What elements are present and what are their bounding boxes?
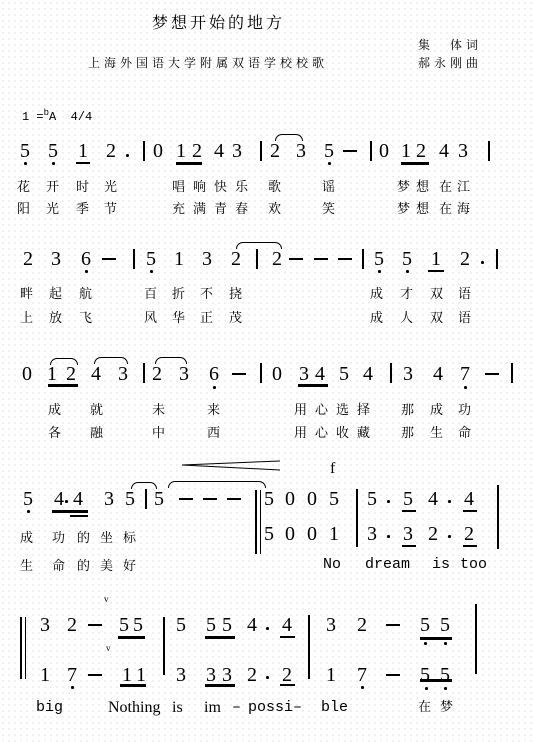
note: 4 (431, 363, 445, 385)
bar-line (260, 141, 262, 161)
upper-note: 4 (280, 614, 294, 636)
lyric: 功 (52, 531, 65, 547)
upper-note: 0 (305, 488, 319, 510)
eighth-underline (280, 684, 295, 686)
note: 1 (399, 140, 413, 162)
lyric: 未 (152, 403, 165, 419)
lyric: 百 (144, 287, 157, 303)
lower-note: 2 (280, 664, 294, 686)
bar-line (133, 249, 135, 269)
note: 3 (294, 140, 308, 162)
lyric: 风 (144, 311, 157, 327)
dotted-note-dot (387, 500, 390, 503)
lyric: 笑 (322, 202, 335, 218)
note: 5 (152, 488, 166, 510)
note: 5 (18, 140, 32, 162)
english-lyric: big (36, 699, 63, 716)
lyric: 心 (315, 426, 328, 442)
lyric: 节 (104, 202, 117, 218)
eighth-underline (298, 384, 328, 387)
bar-line (497, 485, 499, 549)
note: 2 (268, 140, 282, 162)
lower-note: 5 (418, 664, 432, 686)
note: 3 (102, 488, 116, 510)
english-lyric: No (323, 556, 341, 573)
breath-mark-icon: v (104, 594, 109, 604)
note: 6 (207, 363, 221, 385)
english-lyric: is (172, 699, 183, 717)
forte-dynamic: f (330, 460, 335, 478)
staff-bracket (20, 617, 26, 679)
key-note: A (49, 110, 56, 124)
note: 4 (313, 363, 327, 385)
sustain-dash (102, 258, 116, 260)
lyric: 好 (123, 559, 136, 575)
note: 1 (45, 363, 59, 385)
lower-note: 1 (134, 664, 148, 686)
upper-note: 3 (324, 614, 338, 636)
eighth-underline (428, 270, 444, 272)
key-label: 1 = (22, 110, 44, 124)
lyric: 生 (20, 559, 33, 575)
upper-note: 5 (220, 614, 234, 636)
lyric: 的 (77, 559, 90, 575)
lower-octave-dot (424, 642, 427, 645)
note: 3 (116, 363, 130, 385)
lower-note: 0 (283, 523, 297, 545)
lyric: 成 (430, 403, 443, 419)
sustain-dash (232, 373, 246, 375)
lyric: 人 (400, 311, 413, 327)
upper-note: 0 (283, 488, 297, 510)
dotted-note-dot (448, 500, 451, 503)
lower-octave-dot (378, 270, 381, 273)
lyric: 华 (172, 311, 185, 327)
lower-note: 1 (327, 523, 341, 545)
sustain-dash (485, 373, 499, 375)
lower-note: 2 (426, 523, 440, 545)
lower-note: 7 (355, 664, 369, 686)
sustain-dash (338, 258, 352, 260)
lower-note: 1 (324, 664, 338, 686)
note: 2 (458, 248, 472, 270)
lyric: 在 (439, 180, 452, 196)
upper-note: 5 (418, 614, 432, 636)
lyric: 那 (401, 403, 414, 419)
lyric: 命 (52, 559, 65, 575)
note: 4 (212, 140, 226, 162)
lower-note: 1 (38, 664, 52, 686)
upper-note: 5 (401, 488, 415, 510)
bar-line (475, 604, 477, 674)
note: 7 (458, 363, 472, 385)
bar-line (256, 249, 258, 269)
lyric: 快 (214, 180, 227, 196)
note: 5 (21, 488, 35, 510)
dotted-note-dot (448, 535, 451, 538)
lower-octave-dot (85, 270, 88, 273)
lyric: 花 (17, 180, 30, 196)
lyric: 歌 (268, 180, 281, 196)
lyric: 想 (416, 202, 429, 218)
lyric: 不 (200, 287, 213, 303)
sustain-dash (88, 674, 102, 676)
lyric: 西 (207, 426, 220, 442)
sustain-dash (386, 624, 400, 626)
lyric: 成 (370, 311, 383, 327)
note: 1 (174, 140, 188, 162)
lyric: 双 (430, 287, 443, 303)
lower-note: 2 (462, 523, 476, 545)
eighth-underline (463, 545, 477, 547)
bar-line (390, 363, 392, 383)
upper-note: 5 (438, 614, 452, 636)
note: 5 (337, 363, 351, 385)
english-lyric: possi (248, 699, 293, 716)
note: 2 (229, 248, 243, 270)
note: 0 (377, 140, 391, 162)
lower-note: 3 (365, 523, 379, 545)
note: 0 (151, 140, 165, 162)
note: 5 (46, 140, 60, 162)
lyric: 用 (294, 403, 307, 419)
english-lyric: Nothing (108, 699, 160, 717)
lyric: 收 (336, 426, 349, 442)
note: 4 (71, 488, 85, 510)
bar-line (143, 141, 145, 161)
lyric: 标 (123, 531, 136, 547)
lyric: 光 (46, 202, 59, 218)
time-signature: 4/4 (71, 110, 93, 124)
lower-octave-dot (425, 687, 428, 690)
sustain-dash (343, 150, 357, 152)
lyric: 正 (200, 311, 213, 327)
note: 2 (190, 140, 204, 162)
dotted-note-dot (387, 535, 390, 538)
lyricist-credit: 集 体词 (418, 36, 482, 53)
lyric: 上 (20, 311, 33, 327)
lyric: 季 (76, 202, 89, 218)
lyric: 折 (172, 287, 185, 303)
bar-line (260, 363, 262, 383)
note: 2 (21, 248, 35, 270)
song-title: 梦想开始的地方 (152, 10, 285, 33)
upper-note: 5 (131, 614, 145, 636)
lower-octave-dot (444, 642, 447, 645)
eighth-underline (120, 684, 146, 687)
english-lyric: im (204, 699, 221, 717)
upper-note: 5 (117, 614, 131, 636)
lower-octave-dot (406, 270, 409, 273)
lower-octave-dot (52, 162, 55, 165)
note: 3 (297, 363, 311, 385)
lyric: 开 (46, 180, 59, 196)
upper-note: 4 (462, 488, 476, 510)
lower-note: 5 (438, 664, 452, 686)
lyric: 双 (430, 311, 443, 327)
bar-line (356, 489, 358, 547)
upper-note: 5 (204, 614, 218, 636)
lower-note: 3 (204, 664, 218, 686)
eighth-underline (76, 162, 90, 164)
english-lyric: ble (321, 699, 348, 716)
lyric: 想 (416, 180, 429, 196)
staff-bracket (255, 490, 261, 554)
note: 2 (104, 140, 118, 162)
note: 4 (437, 140, 451, 162)
english-lyric: – (232, 699, 241, 716)
lyric: 融 (90, 426, 103, 442)
lyric: 心 (315, 403, 328, 419)
lyric: 就 (90, 403, 103, 419)
lyric: 江 (457, 180, 470, 196)
lyric: 乐 (235, 180, 248, 196)
lyric: 满 (193, 202, 206, 218)
note: 2 (64, 363, 78, 385)
lyric: 飞 (79, 311, 92, 327)
lyric: 海 (457, 202, 470, 218)
lower-note: 3 (401, 523, 415, 545)
lyric: 用 (294, 426, 307, 442)
sustain-dash (314, 258, 328, 260)
dotted-note-dot (266, 676, 269, 679)
lower-octave-dot (213, 386, 216, 389)
lyric: 梦 (397, 202, 410, 218)
note: 5 (400, 248, 414, 270)
bar-line (308, 615, 310, 679)
lyric: 坐 (100, 531, 113, 547)
note: 3 (230, 140, 244, 162)
lyric: 在 (439, 202, 452, 218)
sustain-dash (289, 258, 303, 260)
song-subtitle: 上海外国语大学附属双语学校校歌 (88, 54, 328, 71)
sustain-dash (386, 674, 400, 676)
note: 3 (49, 248, 63, 270)
lyric: 响 (193, 180, 206, 196)
upper-note: 5 (327, 488, 341, 510)
lower-note: 7 (65, 664, 79, 686)
lyric: 藏 (357, 426, 370, 442)
note: 5 (144, 248, 158, 270)
note: 1 (76, 140, 90, 162)
english-lyric: too (460, 556, 487, 573)
lower-note: 2 (245, 664, 259, 686)
sustain-dash (88, 624, 102, 626)
tie (168, 481, 266, 488)
note: 4 (52, 488, 66, 510)
sustain-dash (227, 498, 241, 500)
eighth-underline (205, 636, 235, 639)
lyric: 茂 (229, 311, 242, 327)
upper-note: 3 (38, 614, 52, 636)
crescendo-hairpin (180, 460, 300, 476)
lyric: 欢 (268, 202, 281, 218)
lower-note: 3 (220, 664, 234, 686)
lyric: 的 (77, 531, 90, 547)
lyric: 阳 (17, 202, 30, 218)
upper-note: 2 (65, 614, 79, 636)
lyric: 时 (76, 180, 89, 196)
lyric: 语 (458, 311, 471, 327)
lower-note: 5 (262, 523, 276, 545)
note: 3 (456, 140, 470, 162)
bar-line (362, 249, 364, 269)
eighth-underline (176, 162, 202, 165)
lyric: 成 (20, 531, 33, 547)
upper-note: 5 (174, 614, 188, 636)
note: 0 (20, 363, 34, 385)
lyric: 才 (400, 287, 413, 303)
upper-note: 2 (355, 614, 369, 636)
upper-note: 5 (262, 488, 276, 510)
bar-line (143, 363, 145, 383)
eighth-underline (280, 636, 295, 638)
lower-octave-dot (24, 162, 27, 165)
eighth-underline (402, 545, 416, 547)
key-signature: 1 =bA 4/4 (22, 108, 92, 124)
lyric: 春 (235, 202, 248, 218)
upper-note: 4 (426, 488, 440, 510)
eighth-underline (402, 510, 416, 512)
note: 5 (372, 248, 386, 270)
dotted-note-dot (481, 261, 484, 264)
lyric: 在 (418, 700, 431, 716)
upper-note: 4 (245, 614, 259, 636)
sixteenth-underline (70, 515, 88, 517)
breath-mark-icon: v (106, 643, 111, 653)
note: 4 (89, 363, 103, 385)
lyric: 中 (152, 426, 165, 442)
english-lyric: is (432, 556, 450, 573)
note: 3 (401, 363, 415, 385)
lyric: 谣 (322, 180, 335, 196)
bar-line (370, 141, 372, 161)
lyric: 放 (49, 311, 62, 327)
lyric: 畔 (20, 287, 33, 303)
lyric: 光 (104, 180, 117, 196)
bar-line (145, 489, 147, 509)
bar-line (163, 617, 165, 675)
english-lyric: dream (365, 556, 410, 573)
lyric: 各 (48, 426, 61, 442)
lyric: 起 (49, 287, 62, 303)
note: 6 (79, 248, 93, 270)
lyric: 美 (100, 559, 113, 575)
sustain-dash (179, 498, 193, 500)
lyric: 来 (207, 403, 220, 419)
lyric: 成 (48, 403, 61, 419)
lyric: 唱 (172, 180, 185, 196)
note: 2 (270, 248, 284, 270)
note: 4 (361, 363, 375, 385)
lower-note: 1 (120, 664, 134, 686)
note: 3 (200, 248, 214, 270)
note: 1 (429, 248, 443, 270)
note: 2 (150, 363, 164, 385)
english-lyric: – (293, 699, 302, 716)
lyric: 择 (357, 403, 370, 419)
eighth-underline (205, 684, 235, 687)
bar-line (488, 141, 490, 161)
lower-octave-dot (361, 686, 364, 689)
lyric: 功 (458, 403, 471, 419)
eighth-underline (401, 162, 429, 165)
sustain-dash (203, 498, 217, 500)
lyric: 梦 (397, 180, 410, 196)
eighth-underline (463, 510, 477, 512)
lower-note: 3 (174, 664, 188, 686)
dotted-note-dot (65, 500, 68, 503)
note: 5 (123, 488, 137, 510)
lyric: 生 (430, 426, 443, 442)
note: 5 (322, 140, 336, 162)
bar-line (496, 249, 498, 269)
lyric: 语 (458, 287, 471, 303)
lower-octave-dot (150, 270, 153, 273)
upper-note: 5 (365, 488, 379, 510)
lyric: 充 (172, 202, 185, 218)
lyric: 选 (336, 403, 349, 419)
lower-note: 0 (305, 523, 319, 545)
lower-octave-dot (27, 510, 30, 513)
dotted-note-dot (126, 154, 129, 157)
lyric: 青 (214, 202, 227, 218)
note: 3 (177, 363, 191, 385)
eighth-underline (420, 637, 452, 640)
eighth-underline (48, 384, 78, 387)
note: 0 (270, 363, 284, 385)
lower-octave-dot (328, 162, 331, 165)
eighth-underline (118, 636, 145, 639)
lyric: 挠 (229, 287, 242, 303)
lyric: 命 (458, 426, 471, 442)
bar-line (511, 363, 513, 383)
lyric: 航 (79, 287, 92, 303)
lyric: 那 (401, 426, 414, 442)
note: 2 (414, 140, 428, 162)
eighth-underline (420, 679, 452, 682)
lower-octave-dot (444, 687, 447, 690)
eighth-underline (52, 510, 88, 513)
lower-octave-dot (464, 386, 467, 389)
lyric: 成 (370, 287, 383, 303)
dotted-note-dot (266, 627, 269, 630)
composer-credit: 郝永刚曲 (418, 54, 482, 71)
note: 1 (172, 248, 186, 270)
lower-octave-dot (71, 686, 74, 689)
lyric: 梦 (440, 700, 453, 716)
